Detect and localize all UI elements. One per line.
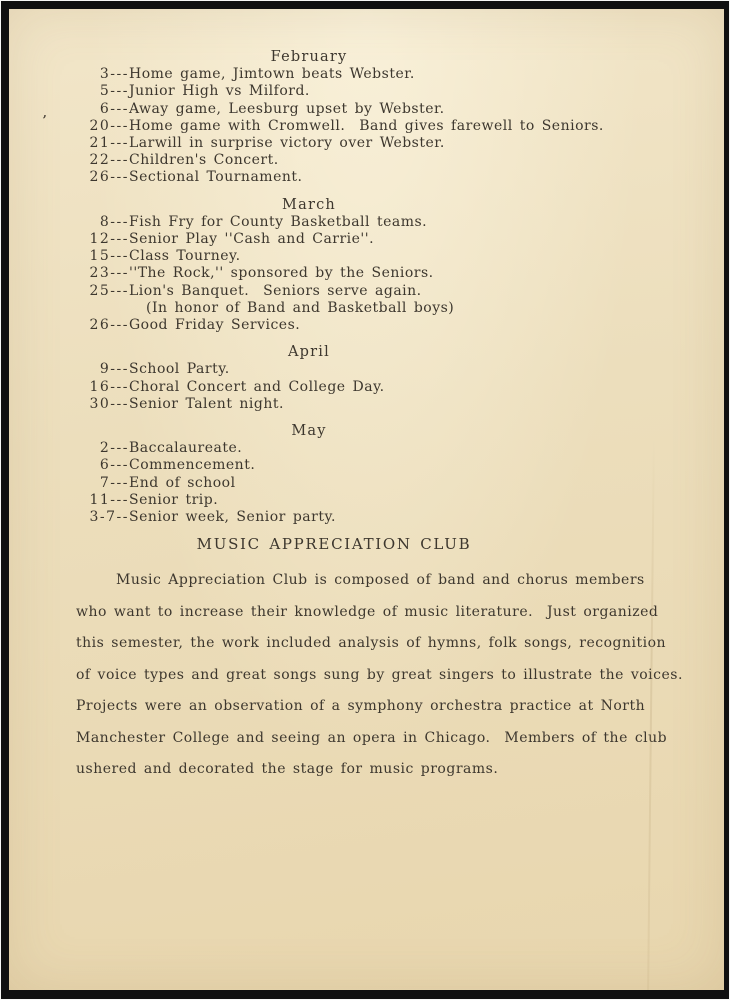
entry-text: ''The Rock,'' sponsored by the Seniors. bbox=[129, 265, 434, 281]
entry-text: Commencement. bbox=[129, 457, 255, 473]
calendar-entry: 2---Baccalaureate. bbox=[53, 440, 724, 457]
calendar-entry-note: (In honor of Band and Basketball boys) bbox=[146, 300, 724, 317]
entry-text: Away game, Leesburg upset by Webster. bbox=[129, 101, 445, 117]
entry-date: 5--- bbox=[53, 83, 129, 100]
entry-date: 20--- bbox=[53, 118, 129, 135]
month-section: February3---Home game, Jimtown beats Web… bbox=[9, 49, 724, 187]
calendar-entry: 3---Home game, Jimtown beats Webster. bbox=[53, 66, 724, 83]
entry-date: 25--- bbox=[53, 283, 129, 300]
entry-text: Senior Play ''Cash and Carrie''. bbox=[129, 231, 374, 247]
paragraph-line: ushered and decorated the stage for musi… bbox=[76, 754, 724, 786]
entry-text: Larwill in surprise victory over Webster… bbox=[129, 135, 445, 151]
entry-text: Class Tourney. bbox=[129, 248, 241, 264]
calendar-entry: 5---Junior High vs Milford. bbox=[53, 83, 724, 100]
entry-text: School Party. bbox=[129, 361, 230, 377]
entry-text: Home game with Cromwell. Band gives fare… bbox=[129, 118, 604, 134]
club-paragraph: Music Appreciation Club is composed of b… bbox=[76, 565, 724, 786]
entry-date: 16--- bbox=[53, 379, 129, 396]
calendar-entry: 12---Senior Play ''Cash and Carrie''. bbox=[53, 231, 724, 248]
entry-text: Fish Fry for County Basketball teams. bbox=[129, 214, 427, 230]
entry-text: Senior trip. bbox=[129, 492, 218, 508]
entry-date: 26--- bbox=[53, 317, 129, 334]
month-heading: February bbox=[9, 49, 609, 66]
paragraph-line: of voice types and great songs sung by g… bbox=[76, 660, 724, 692]
month-section: April9---School Party.16---Choral Concer… bbox=[9, 344, 724, 413]
entry-date: 3-7-- bbox=[53, 509, 129, 526]
entry-date: 11--- bbox=[53, 492, 129, 509]
calendar-entry: 26---Good Friday Services. bbox=[53, 317, 724, 334]
calendar-entry: 30---Senior Talent night. bbox=[53, 396, 724, 413]
calendar-entry: 11---Senior trip. bbox=[53, 492, 724, 509]
month-section: May2---Baccalaureate.6---Commencement.7-… bbox=[9, 423, 724, 526]
paragraph-line: who want to increase their knowledge of … bbox=[76, 597, 724, 629]
entry-date: 2--- bbox=[53, 440, 129, 457]
paragraph-line: Manchester College and seeing an opera i… bbox=[76, 723, 724, 755]
entry-date: 7--- bbox=[53, 475, 129, 492]
calendar-entry: 9---School Party. bbox=[53, 361, 724, 378]
calendar-entry: 26---Sectional Tournament. bbox=[53, 169, 724, 186]
scanned-yearbook-page: , February3---Home game, Jimtown beats W… bbox=[0, 0, 730, 1000]
calendar-entry: 16---Choral Concert and College Day. bbox=[53, 379, 724, 396]
entry-text: Good Friday Services. bbox=[129, 317, 300, 333]
entry-date: 9--- bbox=[53, 361, 129, 378]
entry-date: 23--- bbox=[53, 265, 129, 282]
month-section: March8---Fish Fry for County Basketball … bbox=[9, 197, 724, 335]
entry-date: 26--- bbox=[53, 169, 129, 186]
entry-text: Sectional Tournament. bbox=[129, 169, 302, 185]
entry-date: 3--- bbox=[53, 66, 129, 83]
entry-date: 6--- bbox=[53, 101, 129, 118]
entry-text: Choral Concert and College Day. bbox=[129, 379, 385, 395]
event-calendar: February3---Home game, Jimtown beats Web… bbox=[9, 49, 724, 526]
paragraph-line: this semester, the work included analysi… bbox=[76, 628, 724, 660]
entry-date: 21--- bbox=[53, 135, 129, 152]
calendar-entry: 21---Larwill in surprise victory over We… bbox=[53, 135, 724, 152]
month-heading: May bbox=[9, 423, 609, 440]
entry-date: 22--- bbox=[53, 152, 129, 169]
entry-date: 6--- bbox=[53, 457, 129, 474]
entry-text: Home game, Jimtown beats Webster. bbox=[129, 66, 415, 82]
entry-text: Baccalaureate. bbox=[129, 440, 242, 456]
page-content: February3---Home game, Jimtown beats Web… bbox=[9, 9, 724, 786]
entry-text: Junior High vs Milford. bbox=[129, 83, 310, 99]
paragraph-line: Music Appreciation Club is composed of b… bbox=[76, 565, 724, 597]
calendar-entry: 6---Commencement. bbox=[53, 457, 724, 474]
entry-text: Senior Talent night. bbox=[129, 396, 284, 412]
entry-text: Senior week, Senior party. bbox=[129, 509, 336, 525]
month-heading: March bbox=[9, 197, 609, 214]
calendar-entry: 15---Class Tourney. bbox=[53, 248, 724, 265]
section-title: MUSIC APPRECIATION CLUB bbox=[9, 536, 659, 553]
entry-text: End of school bbox=[129, 475, 236, 491]
entry-date: 15--- bbox=[53, 248, 129, 265]
paragraph-line: Projects were an observation of a sympho… bbox=[76, 691, 724, 723]
entry-date: 12--- bbox=[53, 231, 129, 248]
entry-date: 8--- bbox=[53, 214, 129, 231]
calendar-entry: 25---Lion's Banquet. Seniors serve again… bbox=[53, 283, 724, 300]
calendar-entry: 22---Children's Concert. bbox=[53, 152, 724, 169]
entry-text: Lion's Banquet. Seniors serve again. bbox=[129, 283, 422, 299]
calendar-entry: 7---End of school bbox=[53, 475, 724, 492]
entry-text: Children's Concert. bbox=[129, 152, 279, 168]
entry-date: 30--- bbox=[53, 396, 129, 413]
calendar-entry: 20---Home game with Cromwell. Band gives… bbox=[53, 118, 724, 135]
calendar-entry: 8---Fish Fry for County Basketball teams… bbox=[53, 214, 724, 231]
month-heading: April bbox=[9, 344, 609, 361]
calendar-entry: 6---Away game, Leesburg upset by Webster… bbox=[53, 101, 724, 118]
paper: , February3---Home game, Jimtown beats W… bbox=[9, 9, 724, 990]
calendar-entry: 3-7--Senior week, Senior party. bbox=[53, 509, 724, 526]
calendar-entry: 23---''The Rock,'' sponsored by the Seni… bbox=[53, 265, 724, 282]
